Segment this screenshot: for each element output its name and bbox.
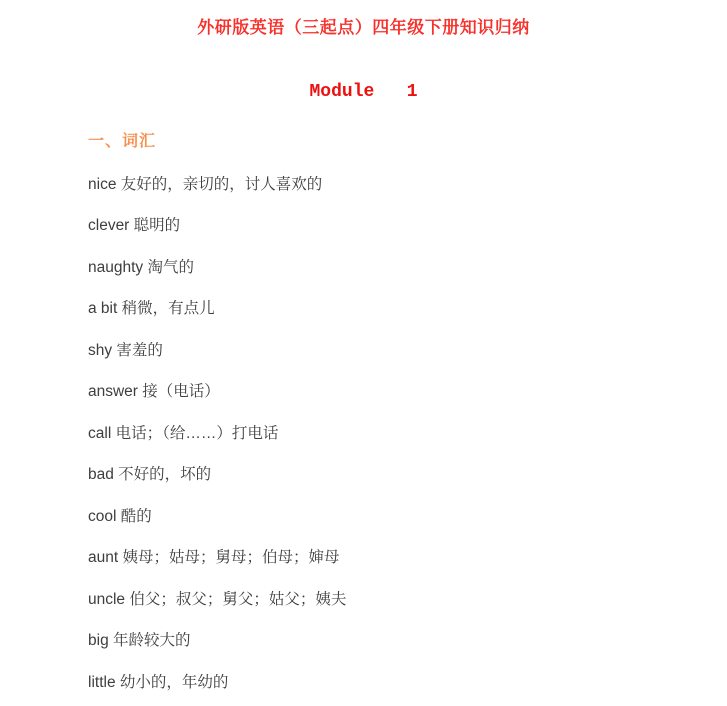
vocab-line-clever: clever 聪明的 bbox=[88, 217, 639, 234]
section-heading-vocabulary: 一、词汇 bbox=[88, 133, 639, 151]
vocab-line-bad: bad 不好的，坏的 bbox=[88, 466, 639, 483]
vocab-line-call: call 电话；（给……）打电话 bbox=[88, 425, 639, 442]
vocab-line-big: big 年龄较大的 bbox=[88, 632, 639, 649]
document-page: 外研版英语（三起点）四年级下册知识归纳 Module 1 一、词汇 nice 友… bbox=[0, 0, 727, 706]
vocab-line-uncle: uncle 伯父；叔父；舅父；姑父；姨夫 bbox=[88, 591, 639, 608]
vocab-line-a-bit: a bit 稍微，有点儿 bbox=[88, 300, 639, 317]
vocab-line-aunt: aunt 姨母；姑母；舅母；伯母；婶母 bbox=[88, 549, 639, 566]
vocab-line-shy: shy 害羞的 bbox=[88, 342, 639, 359]
vocab-line-naughty: naughty 淘气的 bbox=[88, 259, 639, 276]
module-heading: Module 1 bbox=[88, 83, 639, 101]
vocab-line-little: little 幼小的，年幼的 bbox=[88, 674, 639, 691]
vocabulary-list: nice 友好的，亲切的，讨人喜欢的 clever 聪明的 naughty 淘气… bbox=[88, 176, 639, 691]
vocab-line-answer: answer 接（电话） bbox=[88, 383, 639, 400]
vocab-line-cool: cool 酷的 bbox=[88, 508, 639, 525]
vocab-line-nice: nice 友好的，亲切的，讨人喜欢的 bbox=[88, 176, 639, 193]
document-title: 外研版英语（三起点）四年级下册知识归纳 bbox=[88, 19, 639, 37]
